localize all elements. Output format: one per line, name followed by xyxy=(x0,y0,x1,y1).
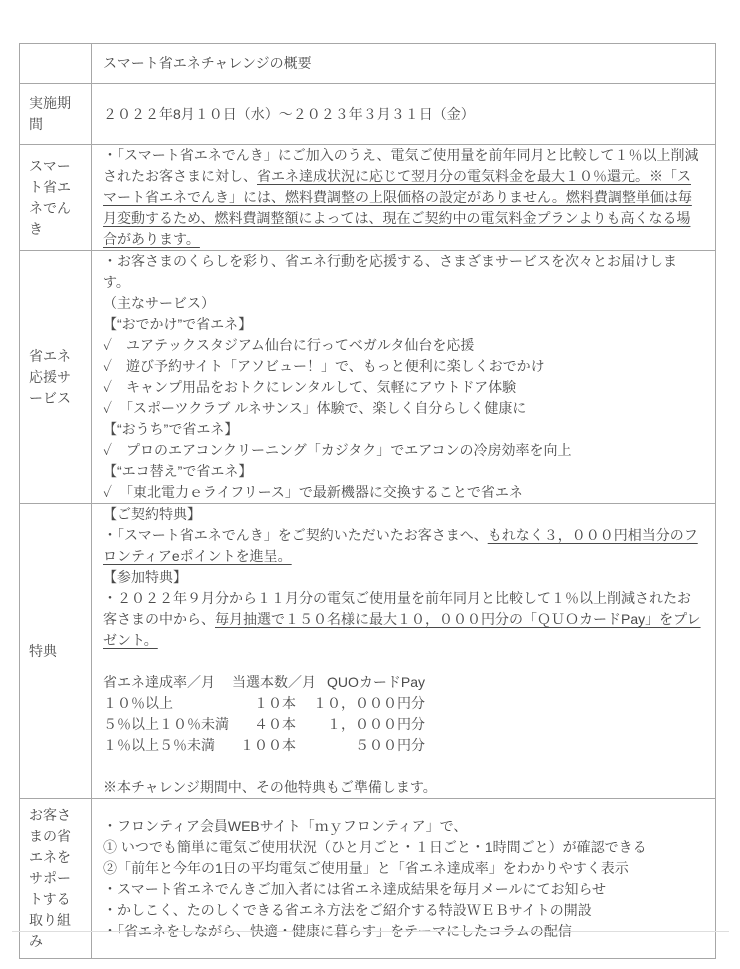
participation-benefit-heading: 【参加特典】 xyxy=(103,567,703,588)
contract-benefit-paragraph: ・「スマート省エネでんき」をご契約いただいたお客さまへ、もれなく３，０００円相当… xyxy=(103,525,703,567)
service-check-item: ✓ 「東北電力ｅライフリース」で最新機器に交換することで省エネ xyxy=(103,482,703,503)
prize-table-row: １％以上５％未満 １００本 ５００円分 xyxy=(103,735,703,756)
initiative-line: ②「前年と今年の1日の平均電気ご使用量」と「省エネ達成率」をわかりやすく表示 xyxy=(103,858,703,879)
spacer xyxy=(103,651,703,672)
row-label-period: 実施期間 xyxy=(20,84,92,145)
initiative-line: ・スマート省エネでんきご加入者には省エネ達成結果を毎月メールにてお知らせ xyxy=(103,879,703,900)
table-row: スマート省エネチャレンジの概要 xyxy=(20,44,716,84)
prize-table-row: １０％以上 １０本 １０，０００円分 xyxy=(103,693,703,714)
initiatives-content: ・フロンティア会員WEBサイト「ｍｙフロンティア」で、 ① いつでも簡単に電気ご… xyxy=(92,799,716,959)
service-check-item: ✓ プロのエアコンクリーニング「カジタク」でエアコンの冷房効率を向上 xyxy=(103,440,703,461)
service-category-heading: 【“おでかけ”で省エネ】 xyxy=(103,314,703,335)
table-row: スマート省エネでんき ・「スマート省エネでんき」にご加入のうえ、電気ご使用量を前… xyxy=(20,145,716,251)
service-category-heading: 【“おうち”で省エネ】 xyxy=(103,419,703,440)
prize-cell-quo: ５００円分 xyxy=(103,735,425,756)
service-check-item: ✓ 「スポーツクラブ ルネサンス」体験で、楽しく自分らしく健康に xyxy=(103,398,703,419)
service-category-heading: 【“エコ替え”で省エネ】 xyxy=(103,461,703,482)
prize-table-row: ５％以上１０％未満 ４０本 １，０００円分 xyxy=(103,714,703,735)
row-label-initiatives: お客さまの省エネをサポートする取り組み xyxy=(20,799,92,959)
overview-table: スマート省エネチャレンジの概要 実施期間 ２０２２年8月１０日（水）～２０２３年… xyxy=(19,43,716,959)
benefits-note: ※本チャレンジ期間中、その他特典もご準備します。 xyxy=(103,777,703,798)
table-row: 特典 【ご契約特典】 ・「スマート省エネでんき」をご契約いただいたお客さまへ、も… xyxy=(20,504,716,799)
service-check-item: ✓ 遊び予約サイト「アソビュー！」で、もっと便利に楽しくおでかけ xyxy=(103,356,703,377)
prize-table: 省エネ達成率／月 当選本数／月 QUOカードPay １０％以上 １０本 １０，０… xyxy=(103,672,703,756)
prize-table-header-row: 省エネ達成率／月 当選本数／月 QUOカードPay xyxy=(103,672,703,693)
row-label-benefits: 特典 xyxy=(20,504,92,799)
prize-cell-quo: １，０００円分 xyxy=(103,714,425,735)
table-row: お客さまの省エネをサポートする取り組み ・フロンティア会員WEBサイト「ｍｙフロ… xyxy=(20,799,716,959)
prize-header-quo: QUOカードPay xyxy=(103,672,425,693)
table-title: スマート省エネチャレンジの概要 xyxy=(92,44,716,84)
table-row: 省エネ応援サービス ・お客さまのくらしを彩り、省エネ行動を応援する、さまざまサー… xyxy=(20,251,716,504)
row-label-smart-denki: スマート省エネでんき xyxy=(20,145,92,251)
service-line: ・お客さまのくらしを彩り、省エネ行動を応援する、さまざまサービスを次々とお届けし… xyxy=(103,251,703,293)
initiative-line: ・かしこく、たのしくできる省エネ方法をご紹介する特設ＷＥＢサイトの開設 xyxy=(103,900,703,921)
page-background: スマート省エネチャレンジの概要 実施期間 ２０２２年8月１０日（水）～２０２３年… xyxy=(0,0,740,969)
prize-cell-quo: １０，０００円分 xyxy=(103,693,425,714)
table-row: 実施期間 ２０２２年8月１０日（水）～２０２３年３月３１日（金） xyxy=(20,84,716,145)
service-check-item: ✓ キャンプ用品をおトクにレンタルして、気軽にアウトドア体験 xyxy=(103,377,703,398)
support-service-content: ・お客さまのくらしを彩り、省エネ行動を応援する、さまざまサービスを次々とお届けし… xyxy=(92,251,716,504)
period-text: ２０２２年8月１０日（水）～２０２３年３月３１日（金） xyxy=(92,84,716,145)
benefits-content: 【ご契約特典】 ・「スマート省エネでんき」をご契約いただいたお客さまへ、もれなく… xyxy=(92,504,716,799)
bottom-divider xyxy=(12,931,729,932)
spacer xyxy=(103,756,703,777)
service-line: （主なサービス） xyxy=(103,293,703,314)
row-label-support-service: 省エネ応援サービス xyxy=(20,251,92,504)
initiative-line: ① いつでも簡単に電気ご使用状況（ひと月ごと・１日ごと・1時間ごと）が確認できる xyxy=(103,837,703,858)
participation-benefit-paragraph: ・２０２２年９月分から１１月分の電気ご使用量を前年同月と比較して１％以上削減され… xyxy=(103,588,703,651)
initiative-line: ・フロンティア会員WEBサイト「ｍｙフロンティア」で、 xyxy=(103,816,703,837)
service-check-item: ✓ ユアテックスタジアム仙台に行ってベガルタ仙台を応援 xyxy=(103,335,703,356)
contract-benefit-heading: 【ご契約特典】 xyxy=(103,504,703,525)
corner-cell xyxy=(20,44,92,84)
smart-denki-description: ・「スマート省エネでんき」にご加入のうえ、電気ご使用量を前年同月と比較して１％以… xyxy=(92,145,716,251)
